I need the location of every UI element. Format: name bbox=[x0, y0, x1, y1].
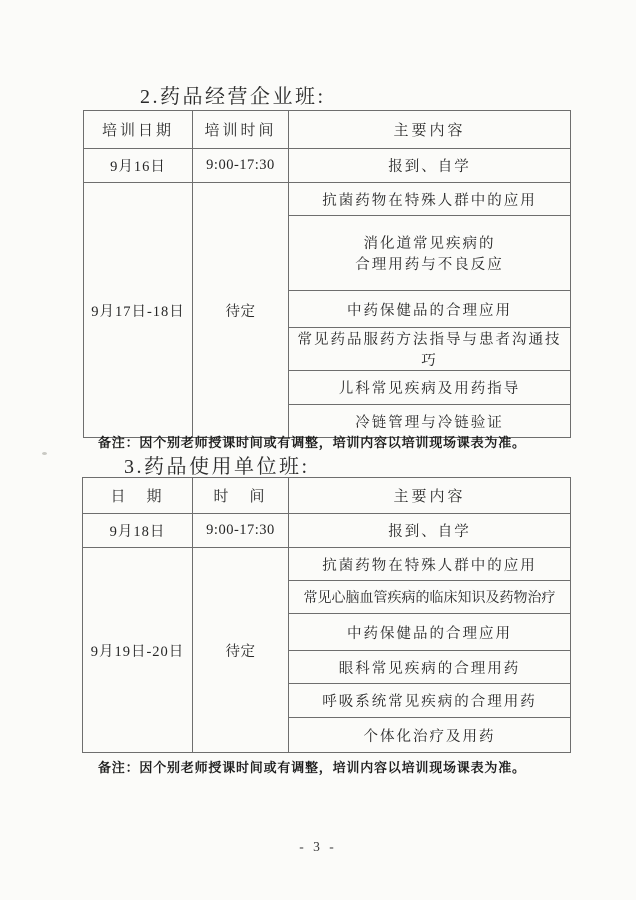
col-header-training-time: 培训时间 bbox=[193, 111, 289, 149]
content-cell: 中药保健品的合理应用 bbox=[289, 614, 571, 651]
content-cell: 消化道常见疾病的 合理用药与不良反应 bbox=[289, 216, 571, 291]
content-cell: 呼吸系统常见疾病的合理用药 bbox=[289, 684, 571, 718]
content-cell: 报到、自学 bbox=[289, 149, 571, 183]
time-cell: 9:00-17:30 bbox=[193, 149, 289, 183]
content-cell: 个体化治疗及用药 bbox=[289, 718, 571, 753]
content-cell: 抗菌药物在特殊人群中的应用 bbox=[289, 183, 571, 216]
section-3-schedule-table: 日 期 时 间 主要内容 9月18日 9:00-17:30 报到、自学 9月19… bbox=[82, 477, 571, 753]
col-header-main-content: 主要内容 bbox=[289, 478, 571, 514]
col-header-main-content: 主要内容 bbox=[289, 111, 571, 149]
date-cell: 9月18日 bbox=[83, 514, 193, 548]
section-2-heading: 2.药品经营企业班: bbox=[140, 80, 326, 109]
section-2-note: 备注：因个别老师授课时间或有调整，培训内容以培训现场课表为准。 bbox=[98, 432, 526, 451]
content-cell: 常见药品服药方法指导与患者沟通技巧 bbox=[289, 328, 571, 371]
content-cell: 报到、自学 bbox=[289, 514, 571, 548]
content-cell: 儿科常见疾病及用药指导 bbox=[289, 371, 571, 405]
content-cell: 常见心脑血管疾病的临床知识及药物治疗 bbox=[289, 581, 571, 614]
content-cell: 眼科常见疾病的合理用药 bbox=[289, 651, 571, 684]
col-header-date: 日 期 bbox=[83, 478, 193, 514]
date-cell: 9月16日 bbox=[84, 149, 193, 183]
table-header-row: 日 期 时 间 主要内容 bbox=[83, 478, 571, 514]
page-number: - 3 - bbox=[0, 839, 636, 855]
content-line: 消化道常见疾病的 bbox=[291, 232, 568, 253]
content-cell: 抗菌药物在特殊人群中的应用 bbox=[289, 548, 571, 581]
table-header-row: 培训日期 培训时间 主要内容 bbox=[84, 111, 571, 149]
content-line: 合理用药与不良反应 bbox=[291, 253, 568, 274]
section-2-schedule-table: 培训日期 培训时间 主要内容 9月16日 9:00-17:30 报到、自学 9月… bbox=[83, 110, 571, 438]
content-cell: 中药保健品的合理应用 bbox=[289, 291, 571, 328]
table-row: 9月16日 9:00-17:30 报到、自学 bbox=[84, 149, 571, 183]
time-cell-merged: 待定 bbox=[193, 183, 289, 438]
table-row: 9月19日-20日 待定 抗菌药物在特殊人群中的应用 bbox=[83, 548, 571, 581]
time-cell-merged: 待定 bbox=[193, 548, 289, 753]
time-cell: 9:00-17:30 bbox=[193, 514, 289, 548]
scan-speck bbox=[42, 452, 47, 455]
date-cell-merged: 9月19日-20日 bbox=[83, 548, 193, 753]
section-3-note: 备注：因个别老师授课时间或有调整，培训内容以培训现场课表为准。 bbox=[98, 757, 526, 776]
table-row: 9月17日-18日 待定 抗菌药物在特殊人群中的应用 bbox=[84, 183, 571, 216]
section-3-heading: 3.药品使用单位班: bbox=[124, 450, 310, 479]
col-header-training-date: 培训日期 bbox=[84, 111, 193, 149]
col-header-time: 时 间 bbox=[193, 478, 289, 514]
table-row: 9月18日 9:00-17:30 报到、自学 bbox=[83, 514, 571, 548]
date-cell-merged: 9月17日-18日 bbox=[84, 183, 193, 438]
